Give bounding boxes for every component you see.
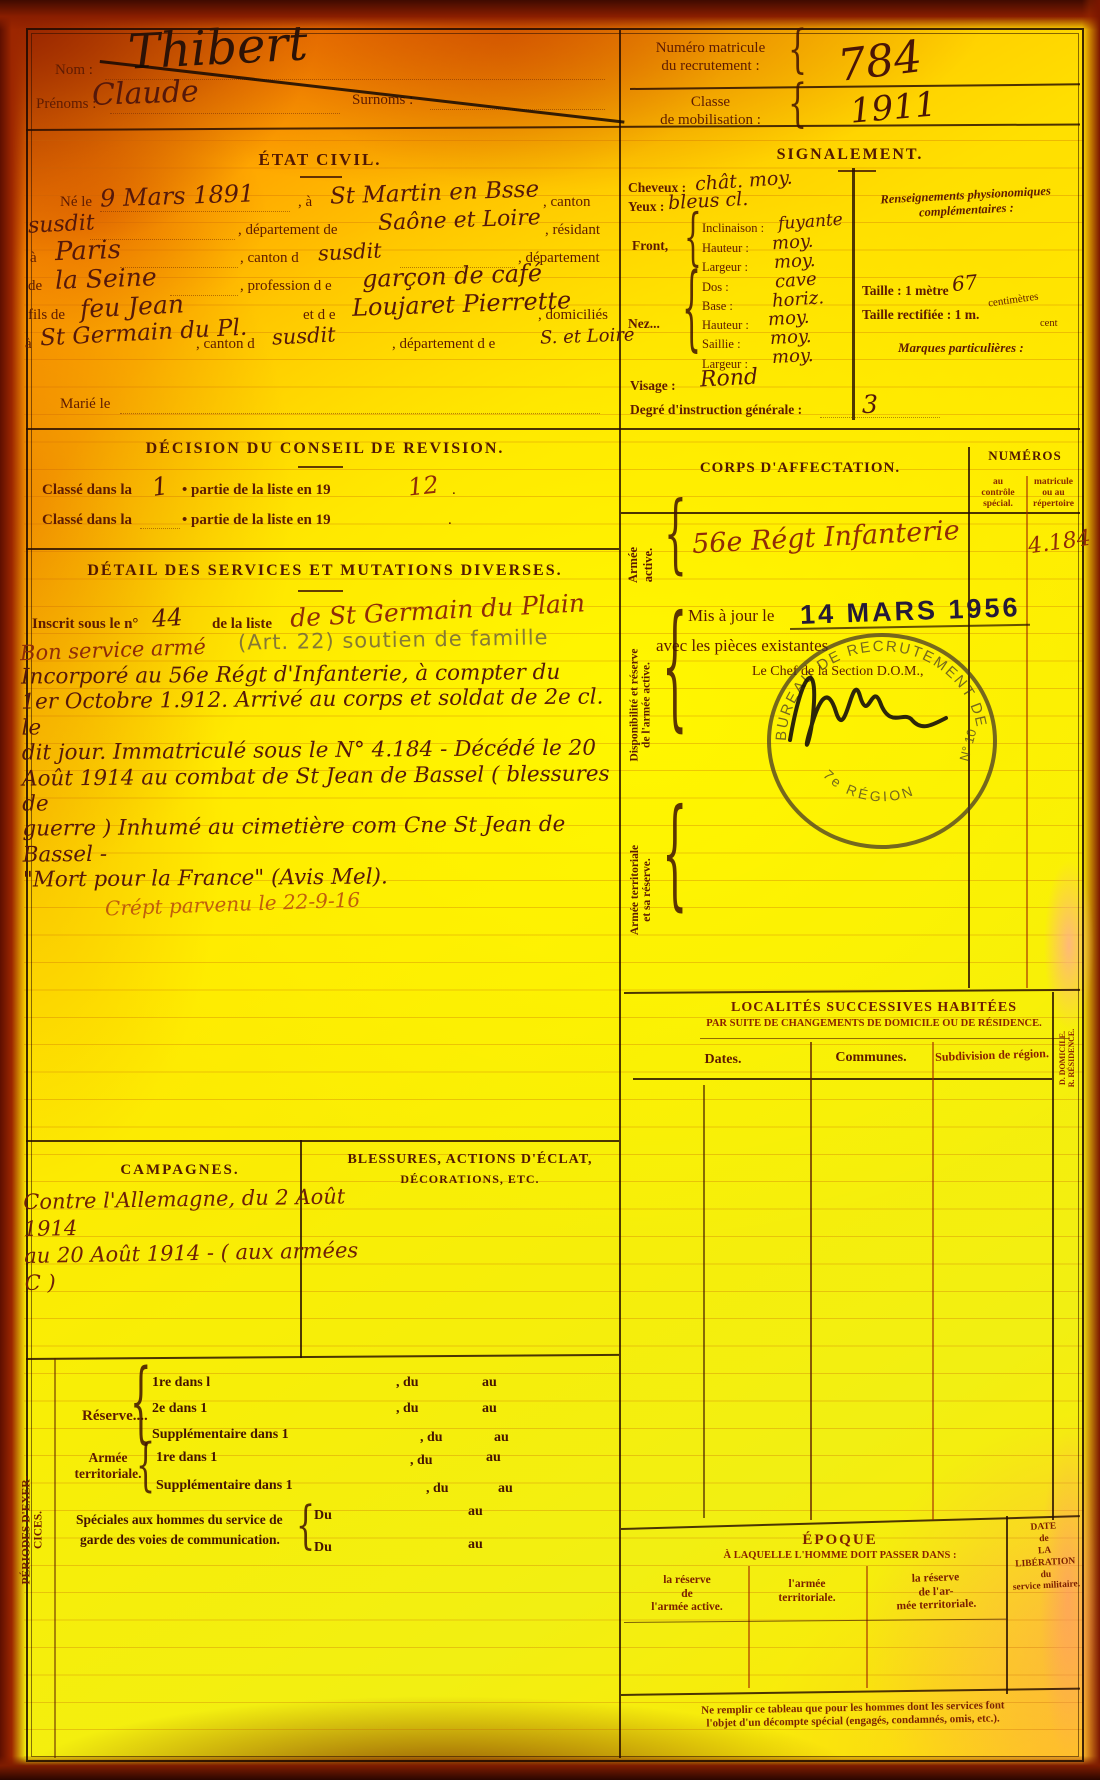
section-line-2 <box>26 548 619 550</box>
inscrit-no-value: 44 <box>151 603 183 633</box>
ne-le-label: Né le <box>60 194 92 212</box>
decision-row1-value: 1 <box>150 471 170 502</box>
decision-title: DÉCISION DU CONSEIL DE REVISION. <box>100 440 550 459</box>
prenoms-label: Prénoms : <box>36 96 96 114</box>
reserve-row1-au: au <box>482 1375 497 1392</box>
etat-civil-title: ÉTAT CIVIL. <box>160 150 480 170</box>
armee-active-label: Armée active. <box>620 520 662 610</box>
reserve-row3-label: Supplémentaire dans 1 <box>152 1427 289 1444</box>
renseignements-label: Renseignements physionomiques complément… <box>859 182 1072 223</box>
epoque-col1: la réserve de l'armée active. <box>628 1574 746 1615</box>
decision-row1-prefix: Classé dans la <box>42 482 132 500</box>
corps-affectation-value: 56e Régt Infanterie <box>691 515 960 561</box>
territoriale-row1-du: , du <box>410 1453 433 1470</box>
classe-value: 1911 <box>848 84 938 131</box>
corps-header-underline <box>621 512 1080 514</box>
decision-underline <box>298 466 343 468</box>
marginal-note: Crépt parvenu le 22-9-16 <box>105 889 361 921</box>
epoque-header-underline <box>624 1619 1006 1623</box>
marques-label: Marques particulières : <box>898 340 1024 355</box>
blessures-title: BLESSURES, ACTIONS D'ÉCLAT, <box>330 1152 610 1169</box>
disponibilite-brace: { <box>662 600 687 736</box>
decision-row2-mid: • partie de la liste en 19 <box>182 512 331 530</box>
epoque-title: ÉPOQUE <box>690 1532 990 1550</box>
residant-label: , résidant <box>545 222 600 240</box>
dept3-value: S. et Loire <box>540 324 635 349</box>
col-matricule-label: matricule ou au répertoire <box>1027 477 1080 511</box>
de-value: la Seine <box>55 262 158 295</box>
territoriale-row2-label: Supplémentaire dans 1 <box>156 1478 293 1495</box>
a3-label: à <box>25 336 32 354</box>
localites-subtitle: PAR SUITE DE CHANGEMENTS DE DOMICILE OU … <box>688 1018 1060 1030</box>
reserve-row2-au: au <box>482 1401 497 1418</box>
a1-label: , à <box>298 194 312 212</box>
localites-squiggle <box>700 1038 1070 1039</box>
reserve-row3-du: , du <box>420 1430 443 1447</box>
taille-label: Taille : 1 mètre <box>862 283 949 299</box>
campagnes-title: CAMPAGNES. <box>80 1162 280 1180</box>
decision-row1-year: 12 <box>407 470 440 501</box>
taille-value: 67 <box>951 271 979 297</box>
localites-col-line3 <box>1052 992 1054 1520</box>
classe-label: Classe de mobilisation : <box>638 94 783 129</box>
signalement-underline <box>838 170 876 172</box>
taille-unit: centimètres <box>987 291 1039 311</box>
epoque-note-line <box>621 1688 1080 1696</box>
saillie-label: Saillie : <box>702 337 741 352</box>
marie-le-label: Marié le <box>60 396 110 414</box>
nom-value: Thibert <box>127 15 309 81</box>
visage-value: Rond <box>699 364 758 393</box>
prenoms-dotted-line <box>110 112 340 114</box>
degre-value: 3 <box>862 390 878 420</box>
fils-de-label: fils de <box>28 307 65 325</box>
front-label: Front, <box>632 238 668 254</box>
base-label: Base : <box>702 299 733 314</box>
art22-stamp: (Art. 22) soutien de famille <box>238 625 549 655</box>
disponibilite-label: Disponibilité et réserve de l'armée acti… <box>618 610 664 800</box>
blessures-subtitle: DÉCORATIONS, ETC. <box>330 1172 610 1186</box>
reserve-row1-du: , du <box>396 1375 419 1392</box>
matricule-brace: { <box>788 26 807 77</box>
section-line-1 <box>26 428 1080 430</box>
localites-col-line2 <box>932 1042 934 1520</box>
degre-dotted <box>820 416 940 418</box>
taille-rectifiee-unit: cent <box>1040 318 1058 330</box>
speciales-row2-au: au <box>468 1537 483 1554</box>
canton2-label: , canton d <box>240 250 299 268</box>
epoque-col-line1 <box>748 1566 750 1688</box>
territoriale-brace: { <box>662 795 687 915</box>
front-hauteur-label: Hauteur : <box>702 241 749 256</box>
territoriale-row1-label: 1re dans 1 <box>156 1450 217 1467</box>
nez-brace: { <box>682 265 701 358</box>
stamp-text-no: N° 10 <box>956 727 979 762</box>
prenoms-value: Claude <box>91 74 199 113</box>
front-largeur-label: Largeur : <box>702 260 748 275</box>
localites-body-line0 <box>703 1085 705 1518</box>
signalement-inner-divider <box>852 168 855 420</box>
epoque-subtitle: À LAQUELLE L'HOMME DOIT PASSER DANS : <box>650 1550 1030 1562</box>
reserve-row2-label: 2e dans 1 <box>152 1401 207 1418</box>
a2-label: à <box>30 250 37 268</box>
canton3-value: susdit <box>271 322 336 350</box>
dept1-value: Saône et Loire <box>378 205 542 237</box>
marie-dotted <box>120 412 600 414</box>
services-title: DÉTAIL DES SERVICES ET MUTATIONS DIVERSE… <box>60 562 590 581</box>
territoriale-reserve-label: Armée territoriale et sa réserve. <box>618 800 664 980</box>
de-label: de <box>28 278 42 296</box>
yeux-label: Yeux : <box>628 199 664 215</box>
localites-header-underline <box>633 1078 1052 1080</box>
nez-label: Nez... <box>628 316 660 332</box>
epoque-col3: la réserve de l'ar- mée territoriale. <box>867 1570 1004 1615</box>
corps-numero-value: 4.184 <box>1027 526 1093 560</box>
speciales-label-line1: Spéciales aux hommes du service de <box>76 1512 283 1528</box>
nom-label: Nom : <box>55 62 93 80</box>
corps-title: CORPS D'AFFECTATION. <box>640 460 960 478</box>
localites-col-line1 <box>810 1042 812 1520</box>
nez-hauteur-label: Hauteur : <box>702 318 749 333</box>
page-edge-right <box>1082 0 1100 1780</box>
territoriale-row2-au: au <box>498 1481 513 1498</box>
reserve-row1-label: 1re dans l <box>152 1375 210 1392</box>
degre-label: Degré d'instruction générale : <box>630 402 802 418</box>
dept3-label: , département d e <box>392 336 495 354</box>
military-record-sheet: Nom : Thibert Prénoms : Claude Surnoms :… <box>0 0 1100 1780</box>
localites-col-dates: Dates. <box>648 1052 798 1069</box>
reserve-row2-du: , du <box>396 1401 419 1418</box>
canton2-value: susdit <box>317 238 382 266</box>
periodes-vertical-label: PÉRIODES D'EXER- CICES. <box>10 1390 54 1670</box>
col-controle-label: au contrôle spécial. <box>970 477 1026 511</box>
services-paragraph: Incorporé au 56e Régt d'Infanterie, à co… <box>21 659 619 893</box>
speciales-row1-au: au <box>468 1504 483 1521</box>
signalement-title: SIGNALEMENT. <box>700 146 1000 165</box>
numeros-col-line2 <box>1026 476 1028 988</box>
domicilies-label: , domiciliés <box>538 307 608 325</box>
epoque-note: Ne remplir ce tableau que pour les homme… <box>630 1698 1076 1732</box>
territoriale-row1-au: au <box>486 1450 501 1467</box>
localites-col-subdivision: Subdivision de région. <box>932 1046 1052 1064</box>
periodes-label-divider <box>54 1358 56 1758</box>
dept1-label: , département de <box>238 222 338 240</box>
territoriale-rows-brace: { <box>136 1439 155 1496</box>
decision-row2-dot: . <box>448 512 452 530</box>
decision-row2-prefix: Classé dans la <box>42 512 132 530</box>
localites-col-communes: Communes. <box>812 1050 930 1067</box>
visage-label: Visage : <box>630 378 676 394</box>
services-underline <box>298 590 343 592</box>
etat-civil-title-underline <box>300 176 342 178</box>
inscrit-label: Inscrit sous le n° <box>32 616 138 634</box>
taille-rectifiee-label: Taille rectifiée : 1 m. <box>862 307 979 323</box>
signature <box>762 640 952 780</box>
localites-title: LOCALITÉS SUCCESSIVES HABITÉES <box>688 1000 1060 1017</box>
speciales-label-line2: garde des voies de communication. <box>80 1532 280 1548</box>
numeros-title: NUMÉROS <box>970 448 1080 463</box>
decision-row1-mid: • partie de la liste en 19 <box>182 482 331 500</box>
localites-col-dr: D. DOMICILE. R. RÉSIDENCE. <box>1052 998 1082 1118</box>
localites-top-line <box>624 989 1080 994</box>
classe-brace: { <box>788 80 807 131</box>
dos-label: Dos : <box>702 280 729 295</box>
canton1-label: , canton <box>543 194 590 212</box>
campagnes-top-line <box>26 1140 619 1142</box>
territoriale-row2-du: , du <box>426 1481 449 1498</box>
speciales-row2-du: Du <box>314 1540 332 1557</box>
campagnes-entry: Contre l'Allemagne, du 2 Août 1914 au 20… <box>23 1183 365 1297</box>
canton3-label: , canton d <box>196 336 255 354</box>
inclinaison-label: Inclinaison : <box>702 221 764 236</box>
epoque-date-col: DATE de LA LIBÉRATION du service militai… <box>1006 1520 1084 1595</box>
speciales-row1-du: Du <box>314 1508 332 1525</box>
ne-le-value: 9 Mars 1891 <box>100 179 255 213</box>
speciales-brace: { <box>296 1502 315 1553</box>
nez-largeur-value: moy. <box>771 345 813 368</box>
bon-service-note: Bon service armé <box>20 635 207 666</box>
epoque-col-line2 <box>866 1566 868 1688</box>
page-edge-bottom <box>0 1756 1100 1780</box>
profession-label: , profession d e <box>240 278 332 296</box>
armee-active-brace: { <box>664 493 687 579</box>
epoque-col2: l'armée territoriale. <box>750 1578 864 1605</box>
periodes-top-line <box>26 1354 619 1360</box>
decision-row1-dot: . <box>452 482 456 500</box>
matricule-label: Numéro matricule du recrutement : <box>638 40 783 75</box>
reserve-row3-au: au <box>494 1430 509 1447</box>
matricule-value: 784 <box>835 31 925 93</box>
decision-row2-dotted <box>140 527 180 529</box>
yeux-value: bleus cl. <box>667 188 748 215</box>
